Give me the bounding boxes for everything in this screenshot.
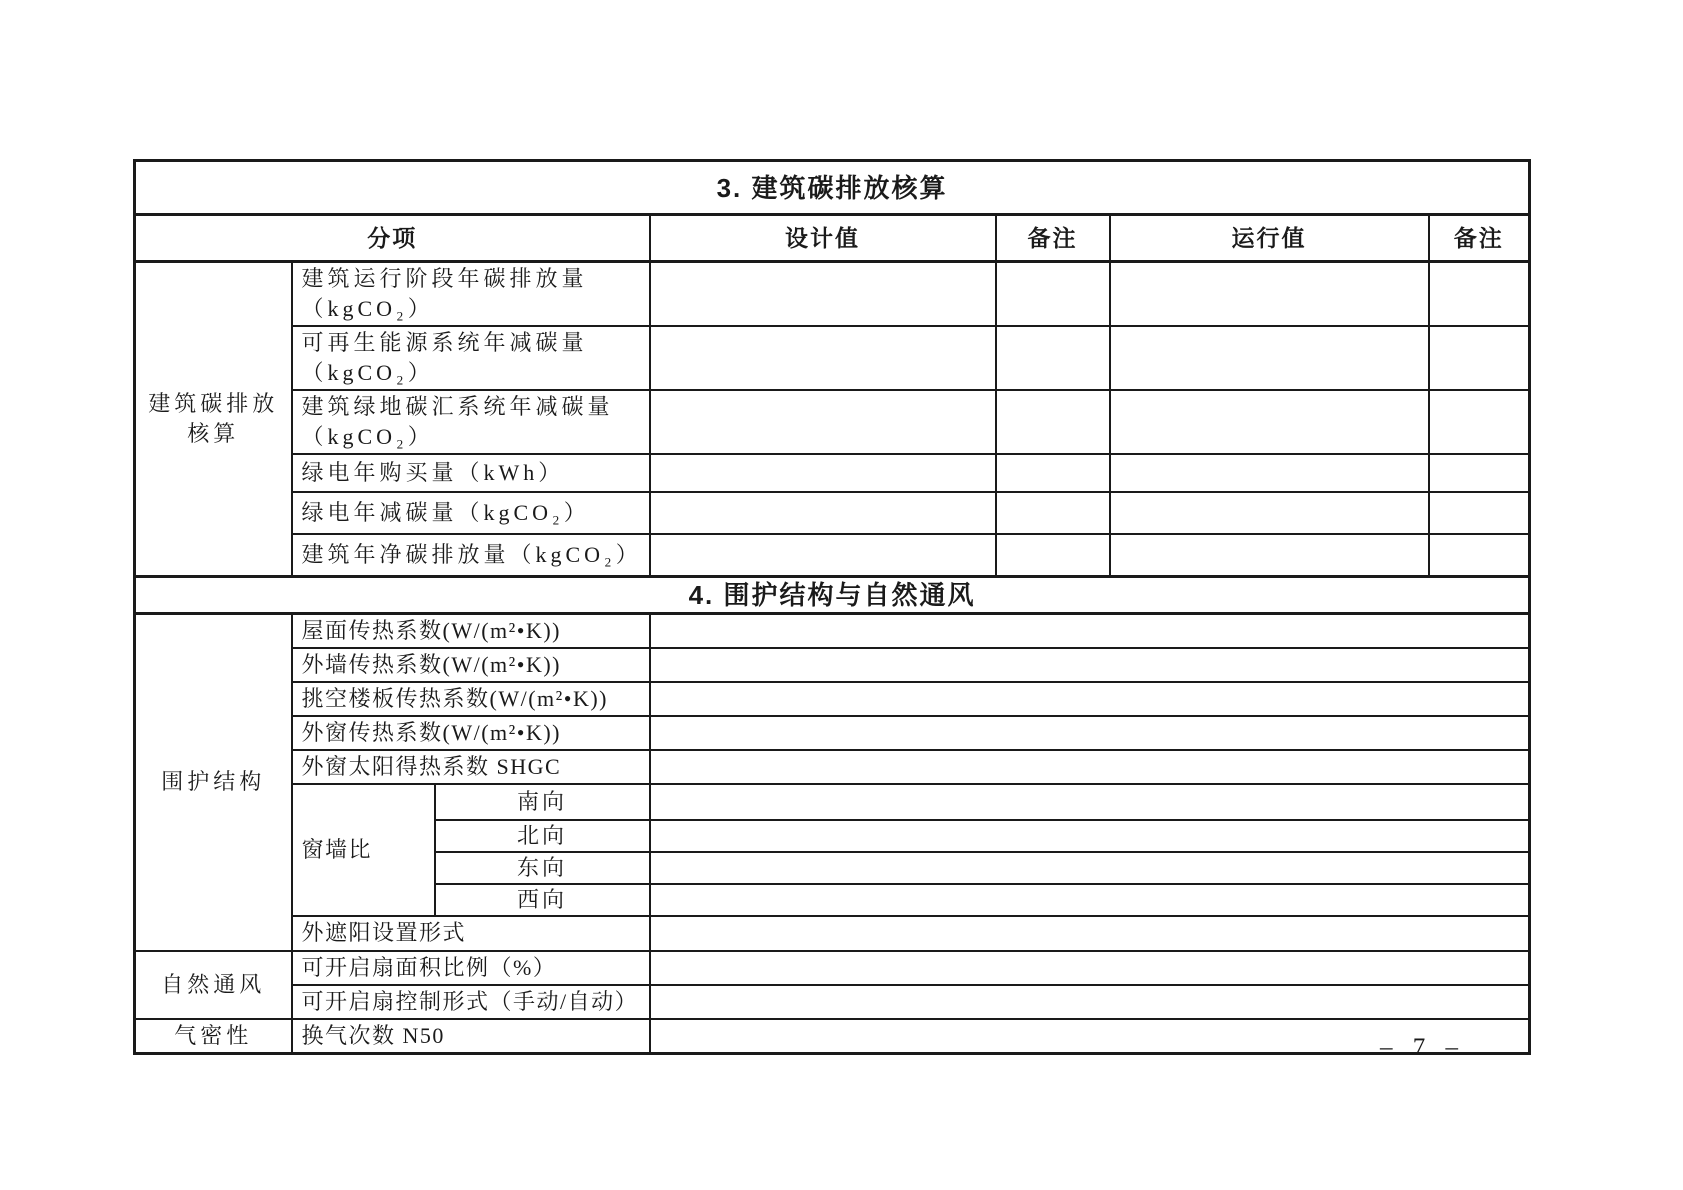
value-cell xyxy=(650,716,1530,750)
row-label-green-power-purchase: 绿电年购买量（kWh） xyxy=(292,454,650,492)
row-label-external-shading: 外遮阳设置形式 xyxy=(292,916,650,951)
note-cell xyxy=(996,326,1110,390)
note-cell xyxy=(1429,492,1530,534)
note-cell xyxy=(1429,390,1530,454)
row-label-window-shgc: 外窗太阳得热系数 SHGC xyxy=(292,750,650,784)
operation-value-cell xyxy=(1110,326,1429,390)
row-label-window-u-value: 外窗传热系数(W/(m²•K)) xyxy=(292,716,650,750)
design-value-cell xyxy=(650,534,996,576)
design-value-cell xyxy=(650,326,996,390)
row-label-overhang-floor-u-value: 挑空楼板传热系数(W/(m²•K)) xyxy=(292,682,650,716)
value-cell xyxy=(650,784,1530,820)
category-airtightness: 气密性 xyxy=(135,1019,292,1054)
column-header-note-design: 备注 xyxy=(996,215,1110,262)
window-wall-ratio-label: 窗墙比 xyxy=(292,784,435,916)
direction-label-south: 南向 xyxy=(435,784,650,820)
row-label-green-space-sink: 建筑绿地碳汇系统年减碳量（kgCO₂） xyxy=(292,390,650,454)
value-cell xyxy=(650,682,1530,716)
note-cell xyxy=(996,534,1110,576)
note-cell xyxy=(1429,534,1530,576)
operation-value-cell xyxy=(1110,454,1429,492)
row-label-renewable-reduction: 可再生能源系统年减碳量（kgCO₂） xyxy=(292,326,650,390)
row-label-green-power-reduction: 绿电年减碳量（kgCO₂） xyxy=(292,492,650,534)
value-cell xyxy=(650,916,1530,951)
value-cell xyxy=(650,648,1530,682)
direction-label-north: 北向 xyxy=(435,820,650,852)
value-cell xyxy=(650,985,1530,1019)
design-value-cell xyxy=(650,390,996,454)
operation-value-cell xyxy=(1110,390,1429,454)
note-cell xyxy=(1429,326,1530,390)
category-natural-ventilation: 自然通风 xyxy=(135,951,292,1019)
column-header-design-value: 设计值 xyxy=(650,215,996,262)
design-value-cell xyxy=(650,262,996,327)
operation-value-cell xyxy=(1110,534,1429,576)
category-envelope: 围护结构 xyxy=(135,613,292,951)
direction-label-west: 西向 xyxy=(435,884,650,916)
row-label-roof-u-value: 屋面传热系数(W/(m²•K)) xyxy=(292,613,650,648)
note-cell xyxy=(996,454,1110,492)
section-3-title: 3. 建筑碳排放核算 xyxy=(135,161,1530,215)
value-cell xyxy=(650,852,1530,884)
section-4-title: 4. 围护结构与自然通风 xyxy=(135,576,1530,613)
design-value-cell xyxy=(650,454,996,492)
value-cell xyxy=(650,613,1530,648)
category-carbon-accounting: 建筑碳排放核算 xyxy=(135,262,292,577)
value-cell xyxy=(650,750,1530,784)
row-label-openable-area-ratio: 可开启扇面积比例（%） xyxy=(292,951,650,985)
column-header-note-operation: 备注 xyxy=(1429,215,1530,262)
note-cell xyxy=(996,492,1110,534)
direction-label-east: 东向 xyxy=(435,852,650,884)
row-label-openable-control-type: 可开启扇控制形式（手动/自动） xyxy=(292,985,650,1019)
value-cell xyxy=(650,884,1530,916)
note-cell xyxy=(996,390,1110,454)
operation-value-cell xyxy=(1110,262,1429,327)
value-cell xyxy=(650,820,1530,852)
operation-value-cell xyxy=(1110,492,1429,534)
row-label-wall-u-value: 外墙传热系数(W/(m²•K)) xyxy=(292,648,650,682)
note-cell xyxy=(1429,262,1530,327)
design-value-cell xyxy=(650,492,996,534)
column-header-operation-value: 运行值 xyxy=(1110,215,1429,262)
row-label-net-annual-emission: 建筑年净碳排放量（kgCO₂） xyxy=(292,534,650,576)
page-number: – 7 – xyxy=(1380,1034,1458,1062)
carbon-envelope-table: 3. 建筑碳排放核算 分项 设计值 备注 运行值 备注 建筑碳排放核算 建筑运行… xyxy=(133,159,1531,1055)
note-cell xyxy=(1429,454,1530,492)
value-cell xyxy=(650,951,1530,985)
assessment-table: 3. 建筑碳排放核算 分项 设计值 备注 运行值 备注 建筑碳排放核算 建筑运行… xyxy=(133,159,1531,1055)
column-header-item: 分项 xyxy=(135,215,650,262)
row-label-annual-operation-emission: 建筑运行阶段年碳排放量（kgCO₂） xyxy=(292,262,650,327)
row-label-air-change-n50: 换气次数 N50 xyxy=(292,1019,650,1054)
note-cell xyxy=(996,262,1110,327)
